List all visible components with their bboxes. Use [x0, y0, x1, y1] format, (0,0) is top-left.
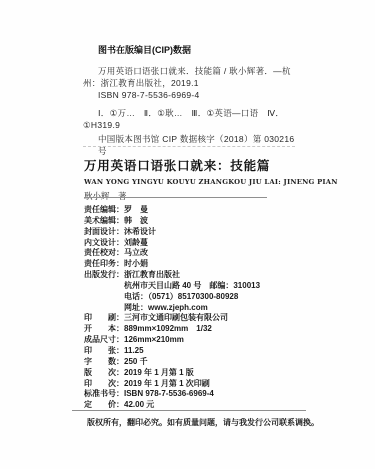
row-value: 889mm×1092mm 1/32	[124, 324, 212, 333]
row-value: 时小娟	[124, 259, 148, 268]
colophon-row-sheets: 印 张：11.25	[84, 346, 324, 357]
top-solid-divider	[84, 197, 267, 198]
row-value: ISBN 978-7-5536-6969-4	[124, 389, 214, 398]
row-label: 标准书号：	[84, 389, 124, 398]
colophon-row-cover-design: 封面设计：沐希设计	[84, 227, 324, 238]
colophon-row-edition: 版 次：2019 年 1 月第 1 版	[84, 368, 324, 379]
cip-data-block: 图书在版编目(CIP)数据 万用英语口语张口就来．技能篇 / 耿小辉著．—杭 州…	[83, 44, 299, 157]
copyright-notice: 版权所有，翻印必究。如有质量问题，请与我发行公司联系调换。	[87, 417, 347, 428]
colophon-row-art-editor: 美术编辑：韩 波	[84, 216, 324, 227]
cip-entry-line-1: 万用英语口语张口就来．技能篇 / 耿小辉著．—杭	[83, 65, 299, 77]
row-value: 浙江教育出版社	[124, 270, 180, 279]
colophon-row-format: 开 本：889mm×1092mm 1/32	[84, 324, 324, 335]
colophon-row-proofreader: 责任校对：马立改	[84, 248, 324, 259]
colophon-row-isbn: 标准书号：ISBN 978-7-5536-6969-4	[84, 389, 324, 400]
colophon-row-word-count: 字 数：250 千	[84, 357, 324, 368]
row-label: 出版发行：	[84, 270, 124, 279]
colophon-block: 责任编辑：罗 曼 美术编辑：韩 波 封面设计：沐希设计 内文设计：刘龄蔓 责任校…	[84, 205, 324, 411]
colophon-row-editor: 责任编辑：罗 曼	[84, 205, 324, 216]
copyright-page: 图书在版编目(CIP)数据 万用英语口语张口就来．技能篇 / 耿小辉著．—杭 州…	[0, 0, 375, 469]
row-value: 2019 年 1 月第 1 版	[124, 368, 194, 377]
cip-classification-line-2: ①H319.9	[83, 119, 299, 131]
row-value: 11.25	[124, 346, 144, 355]
row-value: 2019 年 1 月第 1 次印刷	[124, 379, 210, 388]
cip-classification-line-1: Ⅰ．①万… Ⅱ．①耿… Ⅲ．①英语—口语 Ⅳ．	[83, 107, 299, 119]
book-title: 万用英语口语张口就来：技能篇	[84, 156, 304, 174]
row-value: 马立改	[124, 248, 148, 257]
colophon-row-trim-size: 成品尺寸：126mm×210mm	[84, 335, 324, 346]
row-label: 开 本：	[84, 324, 124, 333]
row-label: 美术编辑：	[84, 216, 124, 225]
row-label: 字 数：	[84, 357, 124, 366]
row-label: 印 刷：	[84, 313, 124, 322]
row-label: 印 张：	[84, 346, 124, 355]
row-label: 版 次：	[84, 368, 124, 377]
row-value: 126mm×210mm	[124, 335, 184, 344]
row-value: 沐希设计	[124, 227, 156, 236]
colophon-row-phone: 电话：（0571）85170300-80928	[84, 292, 324, 303]
row-label: 封面设计：	[84, 227, 124, 236]
row-value: 250 千	[124, 357, 148, 366]
cip-record-number-line: 中国版本图书馆 CIP 数据核字（2018）第 030216 号	[83, 133, 299, 157]
row-label: 责任印务：	[84, 259, 124, 268]
row-label: 成品尺寸：	[84, 335, 124, 344]
colophon-row-address: 杭州市天目山路 40 号 邮编：310013	[84, 281, 324, 292]
cip-isbn-line: ISBN 978-7-5536-6969-4	[83, 89, 299, 101]
row-value: 杭州市天目山路 40 号 邮编：310013	[124, 281, 260, 290]
row-label: 责任校对：	[84, 248, 124, 257]
colophon-row-impression: 印 次：2019 年 1 月第 1 次印刷	[84, 379, 324, 390]
book-title-block: 万用英语口语张口就来：技能篇 WAN YONG YINGYU KOUYU ZHA…	[84, 156, 304, 202]
colophon-row-print-manager: 责任印务：时小娟	[84, 259, 324, 270]
row-label: 责任编辑：	[84, 205, 124, 214]
colophon-row-printer: 印 刷：三河市文通印刷包装有限公司	[84, 313, 324, 324]
dashed-divider	[83, 146, 295, 147]
book-author: 耿小辉 著	[84, 190, 304, 202]
colophon-row-interior-design: 内文设计：刘龄蔓	[84, 238, 324, 249]
cip-heading: 图书在版编目(CIP)数据	[83, 44, 299, 56]
row-label: 内文设计：	[84, 238, 124, 247]
row-value: 电话：（0571）85170300-80928	[124, 292, 238, 301]
row-value: 刘龄蔓	[124, 238, 148, 247]
row-label: 印 次：	[84, 379, 124, 388]
bottom-solid-divider	[72, 410, 306, 411]
row-value: 韩 波	[124, 216, 148, 225]
colophon-row-website: 网址：www.zjeph.com	[84, 303, 324, 314]
row-value: 罗 曼	[124, 205, 148, 214]
row-label: 定 价：	[84, 400, 124, 409]
book-title-pinyin: WAN YONG YINGYU KOUYU ZHANGKOU JIU LAI: …	[84, 178, 304, 186]
row-value: 三河市文通印刷包装有限公司	[124, 313, 228, 322]
row-value: 网址：www.zjeph.com	[124, 303, 208, 312]
row-value: 42.00 元	[124, 400, 154, 409]
cip-entry-line-2: 州：浙江教育出版社，2019.1	[83, 77, 299, 89]
colophon-row-publisher: 出版发行：浙江教育出版社	[84, 270, 324, 281]
